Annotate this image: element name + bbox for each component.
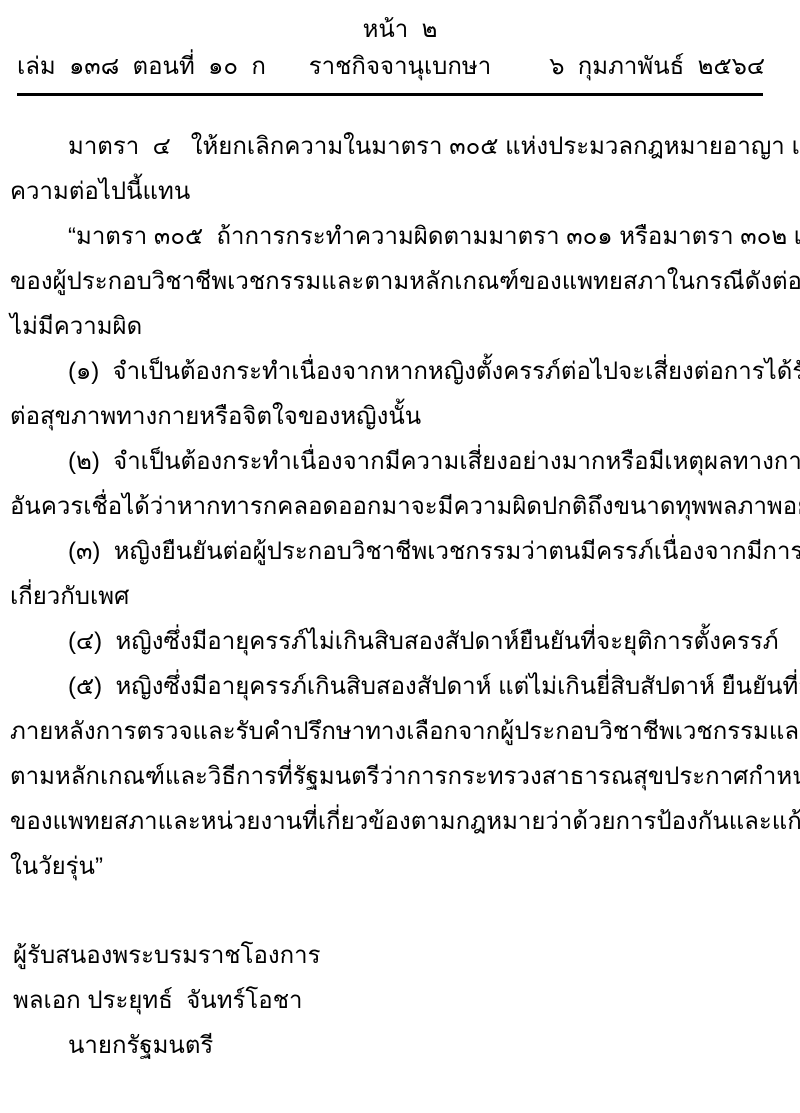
body-line-item-4: (๔) หญิงซึ่งมีอายุครรภ์ไม่เกินสิบสองสัปด… — [10, 619, 790, 664]
countersignature-label: ผู้รับสนองพระบรมราชโองการ — [13, 933, 800, 978]
body-line: ต่อสุขภาพทางกายหรือจิตใจของหญิงนั้น — [10, 394, 790, 439]
body-line: ภายหลังการตรวจและรับคำปรึกษาทางเลือกจากผ… — [10, 709, 790, 754]
document-body: มาตรา ๔ ให้ยกเลิกความในมาตรา ๓๐๕ แห่งประ… — [0, 124, 800, 889]
body-line: ของแพทยสภาและหน่วยงานที่เกี่ยวข้องตามกฎห… — [10, 799, 790, 844]
body-line: “มาตรา ๓๐๕ ถ้าการกระทำความผิดตามมาตรา ๓๐… — [10, 214, 790, 259]
gazette-page: หน้า ๒ เล่ม ๑๓๘ ตอนที่ ๑๐ ก ราชกิจจานุเบ… — [0, 0, 800, 1113]
body-line: ความต่อไปนี้แทน — [10, 169, 790, 214]
signature-block: ผู้รับสนองพระบรมราชโองการ พลเอก ประยุทธ์… — [0, 933, 800, 1068]
header-divider-rule — [17, 93, 763, 96]
body-line-item-5: (๕) หญิงซึ่งมีอายุครรภ์เกินสิบสองสัปดาห์… — [10, 664, 790, 709]
body-line: ตามหลักเกณฑ์และวิธีการที่รัฐมนตรีว่าการก… — [10, 754, 790, 799]
body-line: อันควรเชื่อได้ว่าหากทารกคลอดออกมาจะมีควา… — [10, 484, 790, 529]
signatory-title: นายกรัฐมนตรี — [13, 1023, 800, 1068]
body-line-item-1: (๑) จำเป็นต้องกระทำเนื่องจากหากหญิงตั้งค… — [10, 349, 790, 394]
signatory-name: พลเอก ประยุทธ์ จันทร์โอชา — [13, 978, 800, 1023]
body-line: ของผู้ประกอบวิชาชีพเวชกรรมและตามหลักเกณฑ… — [10, 259, 790, 304]
publication-date: ๖ กุมภาพันธ์ ๒๕๖๔ — [549, 48, 765, 86]
body-line: เกี่ยวกับเพศ — [10, 574, 790, 619]
body-line: ไม่มีความผิด — [10, 304, 790, 349]
gazette-header-row: เล่ม ๑๓๘ ตอนที่ ๑๐ ก ราชกิจจานุเบกษา ๖ ก… — [0, 48, 800, 86]
gazette-header: หน้า ๒ เล่ม ๑๓๘ ตอนที่ ๑๐ ก ราชกิจจานุเบ… — [0, 0, 800, 96]
page-number-label: หน้า ๒ — [0, 12, 800, 48]
body-line-item-2: (๒) จำเป็นต้องกระทำเนื่องจากมีความเสี่ยง… — [10, 439, 790, 484]
body-line: มาตรา ๔ ให้ยกเลิกความในมาตรา ๓๐๕ แห่งประ… — [10, 124, 790, 169]
body-line-item-3: (๓) หญิงยืนยันต่อผู้ประกอบวิชาชีพเวชกรรม… — [10, 529, 790, 574]
body-line: ในวัยรุ่น” — [10, 844, 790, 889]
